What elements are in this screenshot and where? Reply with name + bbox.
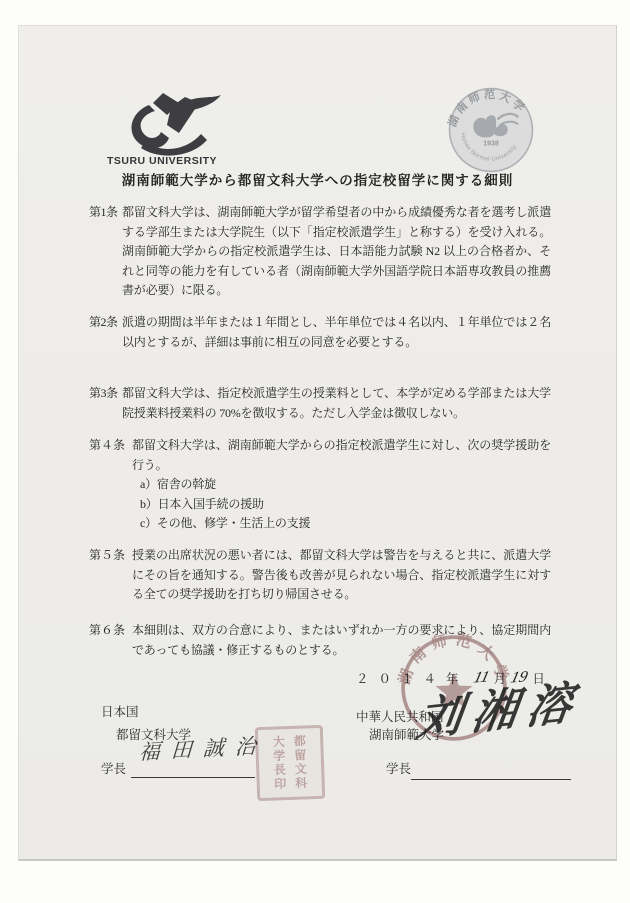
article-2: 第2条 派遣の期間は半年または１年間とし、半年単位では４名以内、１年単位では２名… [89,313,551,352]
china-role-label: 学長 [386,759,411,777]
article-3: 第3条 都留文科大学は、指定校派遣学生の授業料として、本学が定める学部または大学… [89,384,551,423]
china-signature-line [411,778,571,780]
japan-country: 日本国 [101,702,139,720]
article-4-item-c: c）その他、修学・生活上の支援 [132,514,551,534]
japan-signature-line [131,776,255,778]
article-5: 第５条 授業の出席状況の悪い者には、都留文科大学は警告を与えると共に、派遣大学に… [89,546,551,605]
article-4-item-a: a）宿舎の斡旋 [132,475,551,495]
document-title: 湖南師範大学から都留文科大学への指定校留学に関する細則 [19,169,616,189]
article-3-label: 第3条 [89,384,122,423]
tsuru-logo-mark-icon: TSURU UNIVERSITY [99,90,225,168]
article-4-label: 第４条 [89,436,132,534]
tsuru-seal-column-right: 都留文科 [291,734,310,791]
document-page: TSURU UNIVERSITY 湖南师范大学 1 [18,25,617,861]
article-4-item-b: b）日本入国手続の援助 [132,495,551,515]
article-1-label: 第1条 [89,203,122,301]
article-4-text: 都留文科大学は、湖南師範大学からの指定校派遣学生に対し、次の奨学援助を行う。 [132,438,551,472]
article-5-text: 授業の出席状況の悪い者には、都留文科大学は警告を与えると共に、派遣大学にその旨を… [132,546,551,605]
article-1-text: 都留文科大学は、湖南師範大学が留学希望者の中から成績優秀な者を選考し派遣する学部… [122,203,551,301]
article-3-text: 都留文科大学は、指定校派遣学生の授業料として、本学が定める学部または大学院授業料… [122,384,551,423]
article-1: 第1条 都留文科大学は、湖南師範大学が留学希望者の中から成績優秀な者を選考し派遣… [89,203,551,301]
hunan-logo-emblem-icon: 湖南师范大学 1938 Hunan Normal University [447,86,535,174]
article-5-label: 第５条 [89,546,132,605]
japan-signed-name-handwritten: 福田誠治 [138,730,267,767]
tsuru-seal-column-left: 大学長印 [270,735,289,792]
tsuru-university-logo: TSURU UNIVERSITY [99,90,225,168]
article-2-label: 第2条 [89,313,122,352]
article-2-text: 派遣の期間は半年または１年間とし、半年単位では４名以内、１年単位では２名以内とす… [122,313,551,352]
article-4: 第４条 都留文科大学は、湖南師範大学からの指定校派遣学生に対し、次の奨学援助を行… [89,436,551,534]
japan-role-label: 学長 [101,759,126,777]
tsuru-logo-caption: TSURU UNIVERSITY [107,155,217,167]
hunan-normal-university-logo: 湖南师范大学 1938 Hunan Normal University [447,86,535,174]
hunan-logo-year: 1938 [483,140,499,147]
article-6-label: 第６条 [89,621,132,660]
scanned-document-canvas: TSURU UNIVERSITY 湖南师范大学 1 [0,0,630,903]
